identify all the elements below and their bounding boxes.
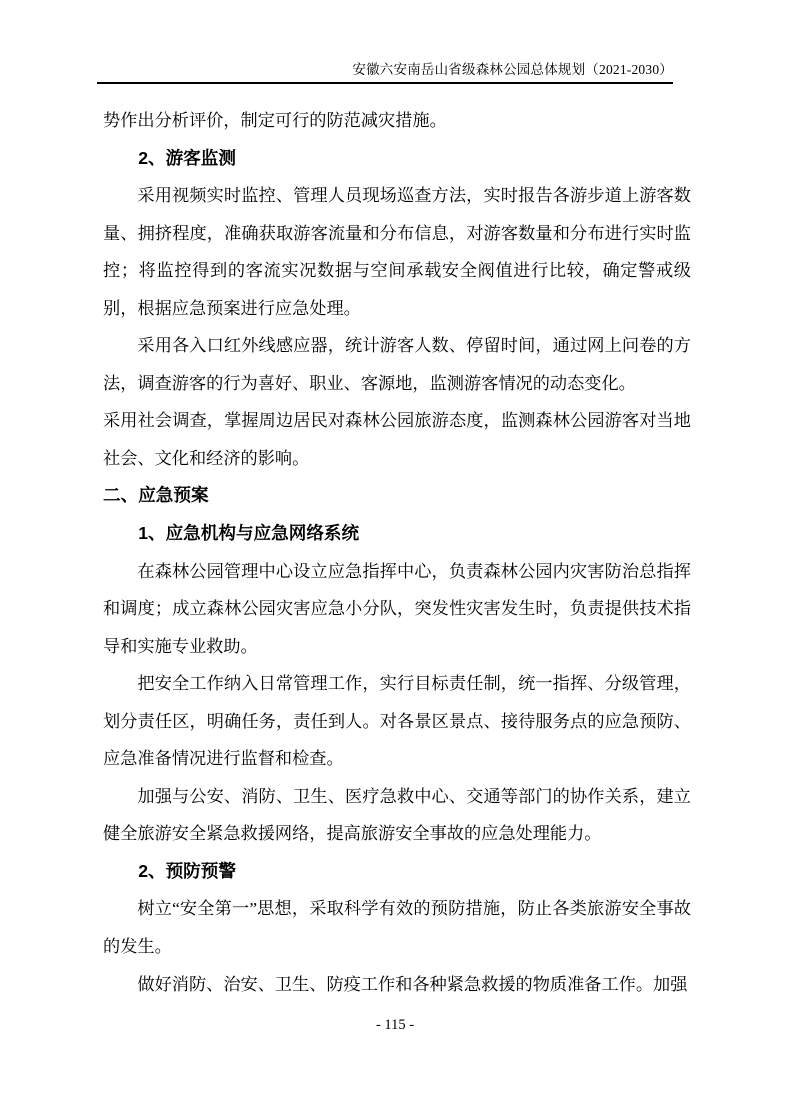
heading-prevention-warning: 2、预防预警 xyxy=(103,853,691,891)
heading-emergency-org: 1、应急机构与应急网络系统 xyxy=(103,515,691,553)
paragraph-carryover: 势作出分析评价，制定可行的防范减灾措施。 xyxy=(103,102,691,140)
document-page: 安徽六安南岳山省级森林公园总体规划（2021-2030） 势作出分析评价，制定可… xyxy=(0,0,790,1118)
heading-visitor-monitoring: 2、游客监测 xyxy=(103,140,691,178)
page-number: - 115 - xyxy=(376,1017,414,1033)
paragraph-video-monitoring: 采用视频实时监控、管理人员现场巡查方法，实时报告各游步道上游客数量、拥挤程度，准… xyxy=(103,177,691,327)
paragraph-safety-first: 树立“安全第一”思想，采取科学有效的预防措施，防止各类旅游安全事故的发生。 xyxy=(103,890,691,965)
page-footer: - 115 - xyxy=(0,1015,790,1035)
paragraph-safety-work: 把安全工作纳入日常管理工作，实行目标责任制，统一指挥、分级管理，划分责任区，明确… xyxy=(103,665,691,778)
paragraph-infrared-sensor: 采用各入口红外线感应器，统计游客人数、停留时间，通过网上问卷的方法，调查游客的行… xyxy=(103,327,691,402)
document-body: 势作出分析评价，制定可行的防范减灾措施。 2、游客监测 采用视频实时监控、管理人… xyxy=(103,102,691,1003)
paragraph-command-center: 在森林公园管理中心设立应急指挥中心，负责森林公园内灾害防治总指挥和调度；成立森林… xyxy=(103,553,691,666)
paragraph-social-survey: 采用社会调查，掌握周边居民对森林公园旅游态度，监测森林公园游客对当地社会、文化和… xyxy=(103,402,691,477)
heading-emergency-plan: 二、应急预案 xyxy=(103,477,691,515)
paragraph-cooperation: 加强与公安、消防、卫生、医疗急救中心、交通等部门的协作关系，建立健全旅游安全紧急… xyxy=(103,778,691,853)
paragraph-material-preparation: 做好消防、治安、卫生、防疫工作和各种紧急救援的物质准备工作。加强 xyxy=(103,966,691,1004)
page-header: 安徽六安南岳山省级森林公园总体规划（2021-2030） xyxy=(97,61,673,84)
header-title: 安徽六安南岳山省级森林公园总体规划（2021-2030） xyxy=(352,62,673,77)
